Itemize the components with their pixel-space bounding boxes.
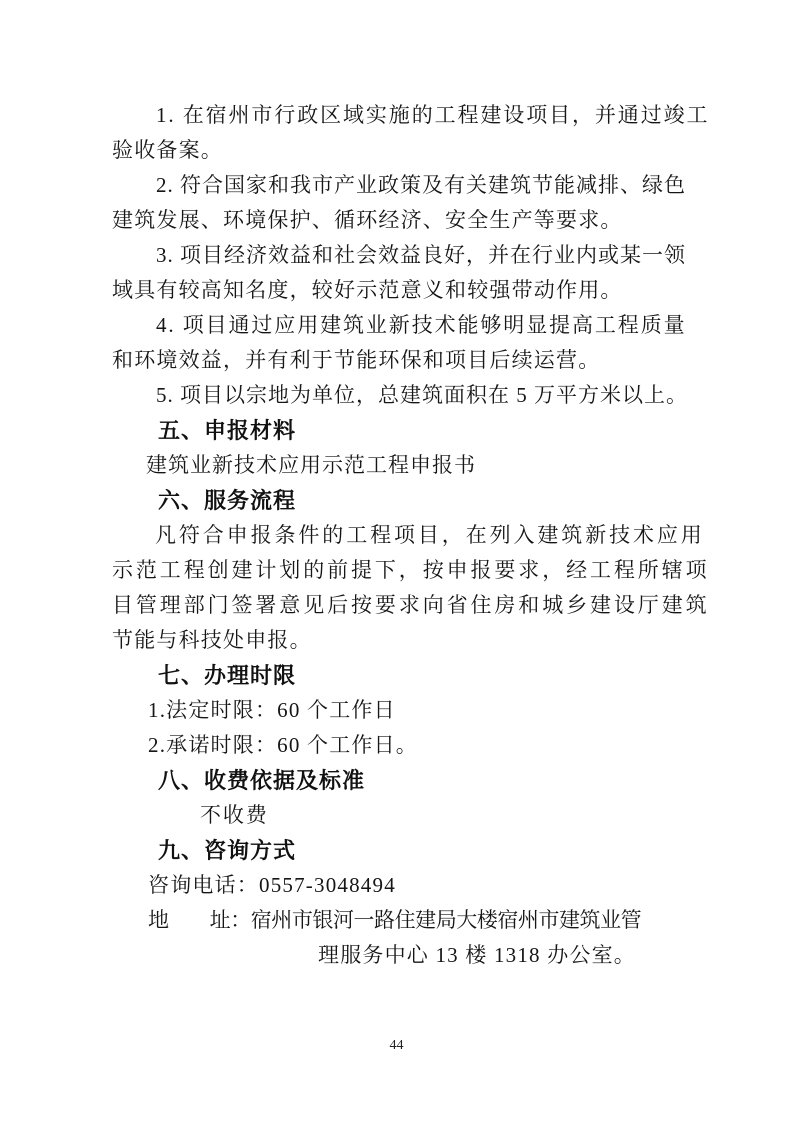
application-material-item: 建筑业新技术应用示范工程申报书: [0, 448, 793, 483]
heading-fee-basis: 八、收费依据及标准: [0, 763, 793, 798]
condition-2-line-1: 2. 符合国家和我市产业政策及有关建筑节能减排、绿色: [0, 168, 793, 203]
condition-4-line-1: 4. 项目通过应用建筑业新技术能够明显提高工程质量: [0, 308, 793, 343]
document-body: 1. 在宿州市行政区域实施的工程建设项目，并通过竣工 验收备案。 2. 符合国家…: [0, 98, 793, 973]
service-process-line-2: 示范工程创建计划的前提下，按申报要求，经工程所辖项: [0, 553, 793, 588]
condition-4-line-2: 和环境效益，并有利于节能环保和项目后续运营。: [0, 343, 793, 378]
address-line-2: 理服务中心 13 楼 1318 办公室。: [0, 938, 793, 973]
condition-1-line-1: 1. 在宿州市行政区域实施的工程建设项目，并通过竣工: [0, 98, 793, 133]
consultation-phone: 咨询电话：0557-3048494: [0, 868, 793, 903]
address-line-1: 地 址：宿州市银河一路住建局大楼宿州市建筑业管: [0, 903, 793, 938]
heading-processing-time: 七、办理时限: [0, 658, 793, 693]
page-number: 44: [0, 1036, 793, 1056]
service-process-line-3: 目管理部门签署意见后按要求向省住房和城乡建设厅建筑: [0, 588, 793, 623]
document-page: { "page": { "number": "44" }, "colors": …: [0, 0, 793, 1122]
condition-3-line-1: 3. 项目经济效益和社会效益良好，并在行业内或某一领: [0, 238, 793, 273]
heading-consultation: 九、咨询方式: [0, 833, 793, 868]
legal-time-limit: 1.法定时限：60 个工作日: [0, 693, 793, 728]
service-process-line-4: 节能与科技处申报。: [0, 623, 793, 658]
condition-1-line-2: 验收备案。: [0, 133, 793, 168]
condition-2-line-2: 建筑发展、环境保护、循环经济、安全生产等要求。: [0, 203, 793, 238]
heading-application-materials: 五、申报材料: [0, 413, 793, 448]
condition-3-line-2: 域具有较高知名度，较好示范意义和较强带动作用。: [0, 273, 793, 308]
condition-5: 5. 项目以宗地为单位，总建筑面积在 5 万平方米以上。: [0, 378, 793, 413]
service-process-line-1: 凡符合申报条件的工程项目，在列入建筑新技术应用: [0, 518, 793, 553]
heading-service-process: 六、服务流程: [0, 483, 793, 518]
fee-note: 不收费: [0, 798, 793, 833]
promised-time-limit: 2.承诺时限：60 个工作日。: [0, 728, 793, 763]
